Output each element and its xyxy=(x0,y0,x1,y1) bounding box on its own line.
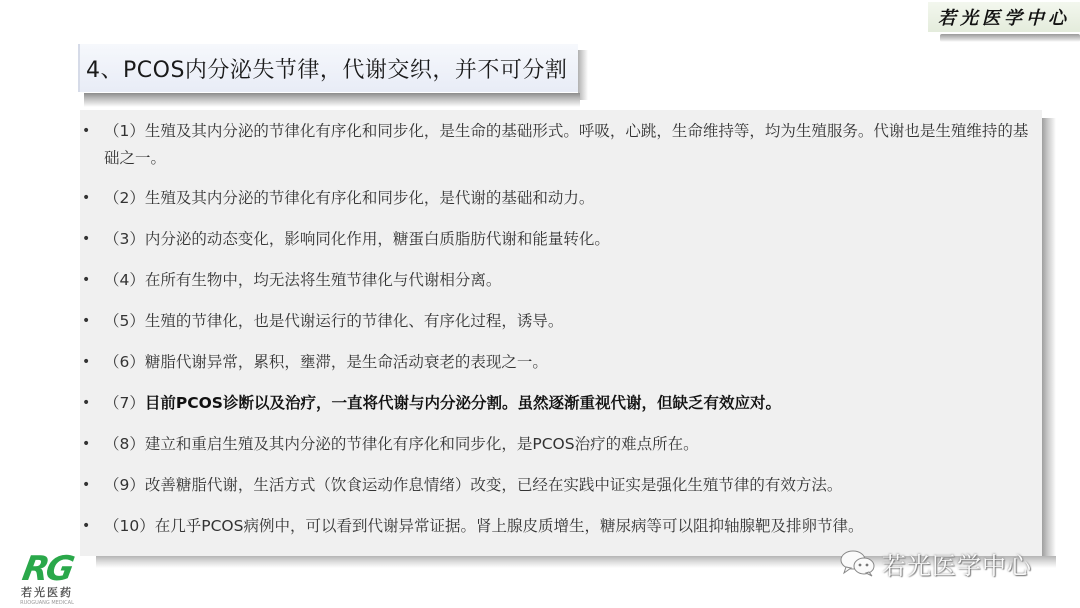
bullet-label: （7） xyxy=(104,394,145,412)
bullet-marker: • xyxy=(82,267,90,294)
bullet-label: （4） xyxy=(104,271,145,289)
logo-subtitle: RUOGUANG MEDICAL xyxy=(20,600,74,606)
bullet-marker: • xyxy=(82,390,90,417)
bullet-label: （9） xyxy=(104,476,145,494)
bullet-item-3: • （3）内分泌的动态变化，影响同化作用，糖蛋白质脂肪代谢和能量转化。 xyxy=(80,226,1042,253)
bullet-text: 目前PCOS诊断以及治疗，一直将代谢与内分泌分割。虽然逐渐重视代谢，但缺乏有效应… xyxy=(145,394,781,412)
bullet-text: 在几乎PCOS病例中，可以看到代谢异常证据。肾上腺皮质增生，糖尿病等可以阻抑轴腺… xyxy=(155,517,864,535)
bullet-marker: • xyxy=(82,349,90,376)
bullet-marker: • xyxy=(82,226,90,253)
bullet-text: 建立和重启生殖及其内分泌的节律化有序化和同步化，是PCOS治疗的难点所在。 xyxy=(145,435,699,453)
brand-tab-text: 若光医学中心 xyxy=(938,4,1070,30)
bullet-marker: • xyxy=(82,513,90,540)
brand-tab: 若光医学中心 xyxy=(928,2,1080,32)
bullet-list: • （1）生殖及其内分泌的节律化有序化和同步化，是生命的基础形式。呼吸，心跳，生… xyxy=(80,118,1042,540)
bullet-marker: • xyxy=(82,472,90,499)
panel-right-shadow xyxy=(1042,118,1056,558)
bullet-marker: • xyxy=(82,308,90,335)
bullet-label: （10） xyxy=(104,517,155,535)
bullet-text: 在所有生物中，均无法将生殖节律化与代谢相分离。 xyxy=(145,271,502,289)
bullet-label: （6） xyxy=(104,353,145,371)
bullet-item-4: • （4）在所有生物中，均无法将生殖节律化与代谢相分离。 xyxy=(80,267,1042,294)
bullet-item-8: • （8）建立和重启生殖及其内分泌的节律化有序化和同步化，是PCOS治疗的难点所… xyxy=(80,431,1042,458)
bullet-marker: • xyxy=(82,185,90,212)
bullet-label: （1） xyxy=(104,122,145,140)
bullet-text: 生殖及其内分泌的节律化有序化和同步化，是生命的基础形式。呼吸，心跳，生命维持等，… xyxy=(104,122,1028,167)
bullet-marker: • xyxy=(82,118,90,145)
bullet-label: （2） xyxy=(104,189,145,207)
bullet-text: 生殖的节律化，也是代谢运行的节律化、有序化过程，诱导。 xyxy=(145,312,564,330)
bullet-text: 内分泌的动态变化，影响同化作用，糖蛋白质脂肪代谢和能量转化。 xyxy=(145,230,610,248)
watermark-text: 若光医学中心 xyxy=(882,546,1032,581)
logo-mark: RG xyxy=(20,552,74,586)
brand-tab-shadow xyxy=(940,34,1080,42)
bullet-item-10: • （10）在几乎PCOS病例中，可以看到代谢异常证据。肾上腺皮质增生，糖尿病等… xyxy=(80,513,1042,540)
bullet-label: （3） xyxy=(104,230,145,248)
bullet-text: 糖脂代谢异常，累积，壅滞，是生命活动衰老的表现之一。 xyxy=(145,353,548,371)
slide-title-box: 4、PCOS内分泌失节律，代谢交织，并不可分割 xyxy=(78,44,578,92)
bullet-marker: • xyxy=(82,431,90,458)
bullet-item-5: • （5）生殖的节律化，也是代谢运行的节律化、有序化过程，诱导。 xyxy=(80,308,1042,335)
company-logo: RG 若光医药 RUOGUANG MEDICAL xyxy=(2,552,92,608)
bullet-item-1: • （1）生殖及其内分泌的节律化有序化和同步化，是生命的基础形式。呼吸，心跳，生… xyxy=(80,118,1042,172)
slide-title: 4、PCOS内分泌失节律，代谢交织，并不可分割 xyxy=(86,53,567,84)
bullet-label: （5） xyxy=(104,312,145,330)
bullet-item-6: • （6）糖脂代谢异常，累积，壅滞，是生命活动衰老的表现之一。 xyxy=(80,349,1042,376)
bullet-item-9: • （9）改善糖脂代谢，生活方式（饮食运动作息情绪）改变，已经在实践中证实是强化… xyxy=(80,472,1042,499)
bullet-text: 生殖及其内分泌的节律化有序化和同步化，是代谢的基础和动力。 xyxy=(145,189,595,207)
wechat-icon xyxy=(840,549,876,577)
bullet-item-2: • （2）生殖及其内分泌的节律化有序化和同步化，是代谢的基础和动力。 xyxy=(80,185,1042,212)
bullet-label: （8） xyxy=(104,435,145,453)
bullet-text: 改善糖脂代谢，生活方式（饮食运动作息情绪）改变，已经在实践中证实是强化生殖节律的… xyxy=(145,476,843,494)
title-bottom-shadow xyxy=(84,93,580,107)
bullet-item-7: • （7）目前PCOS诊断以及治疗，一直将代谢与内分泌分割。虽然逐渐重视代谢，但… xyxy=(80,390,1042,417)
wechat-watermark: 若光医学中心 xyxy=(840,546,1032,580)
